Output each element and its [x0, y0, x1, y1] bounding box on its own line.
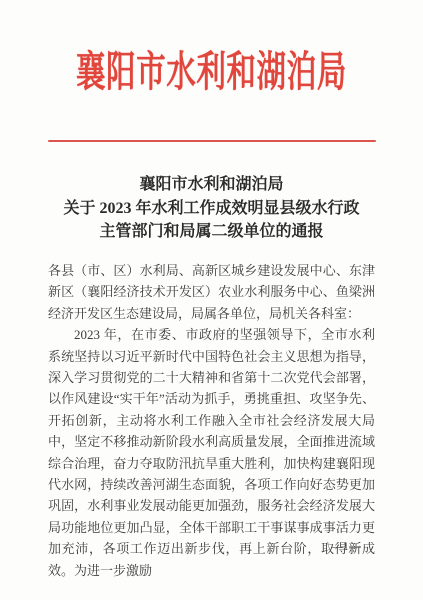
document-body: 各县（市、区）水利局、高新区城乡建设发展中心、东津新区（襄阳经济技术开发区）农业… — [48, 260, 375, 581]
title-line-2: 关于 2023 年水利工作成效明显县级水行政 — [0, 197, 423, 221]
salutation-paragraph: 各县（市、区）水利局、高新区城乡建设发展中心、东津新区（襄阳经济技术开发区）农业… — [48, 260, 375, 324]
page-number: —1— — [331, 541, 361, 553]
document-title: 襄阳市水利和湖泊局 关于 2023 年水利工作成效明显县级水行政 主管部门和局属… — [0, 173, 423, 244]
title-line-3: 主管部门和局属二级单位的通报 — [0, 220, 423, 244]
body-paragraph: 2023 年，在市委、市政府的坚强领导下，全市水利系统坚持以习近平新时代中国特色… — [48, 324, 375, 581]
title-line-1: 襄阳市水利和湖泊局 — [0, 173, 423, 197]
red-divider-line — [48, 140, 376, 142]
agency-letterhead: 襄阳市水利和湖泊局 — [0, 50, 423, 96]
document-page: 襄阳市水利和湖泊局 襄阳市水利和湖泊局 关于 2023 年水利工作成效明显县级水… — [0, 0, 423, 600]
agency-name-text: 襄阳市水利和湖泊局 — [76, 50, 347, 96]
